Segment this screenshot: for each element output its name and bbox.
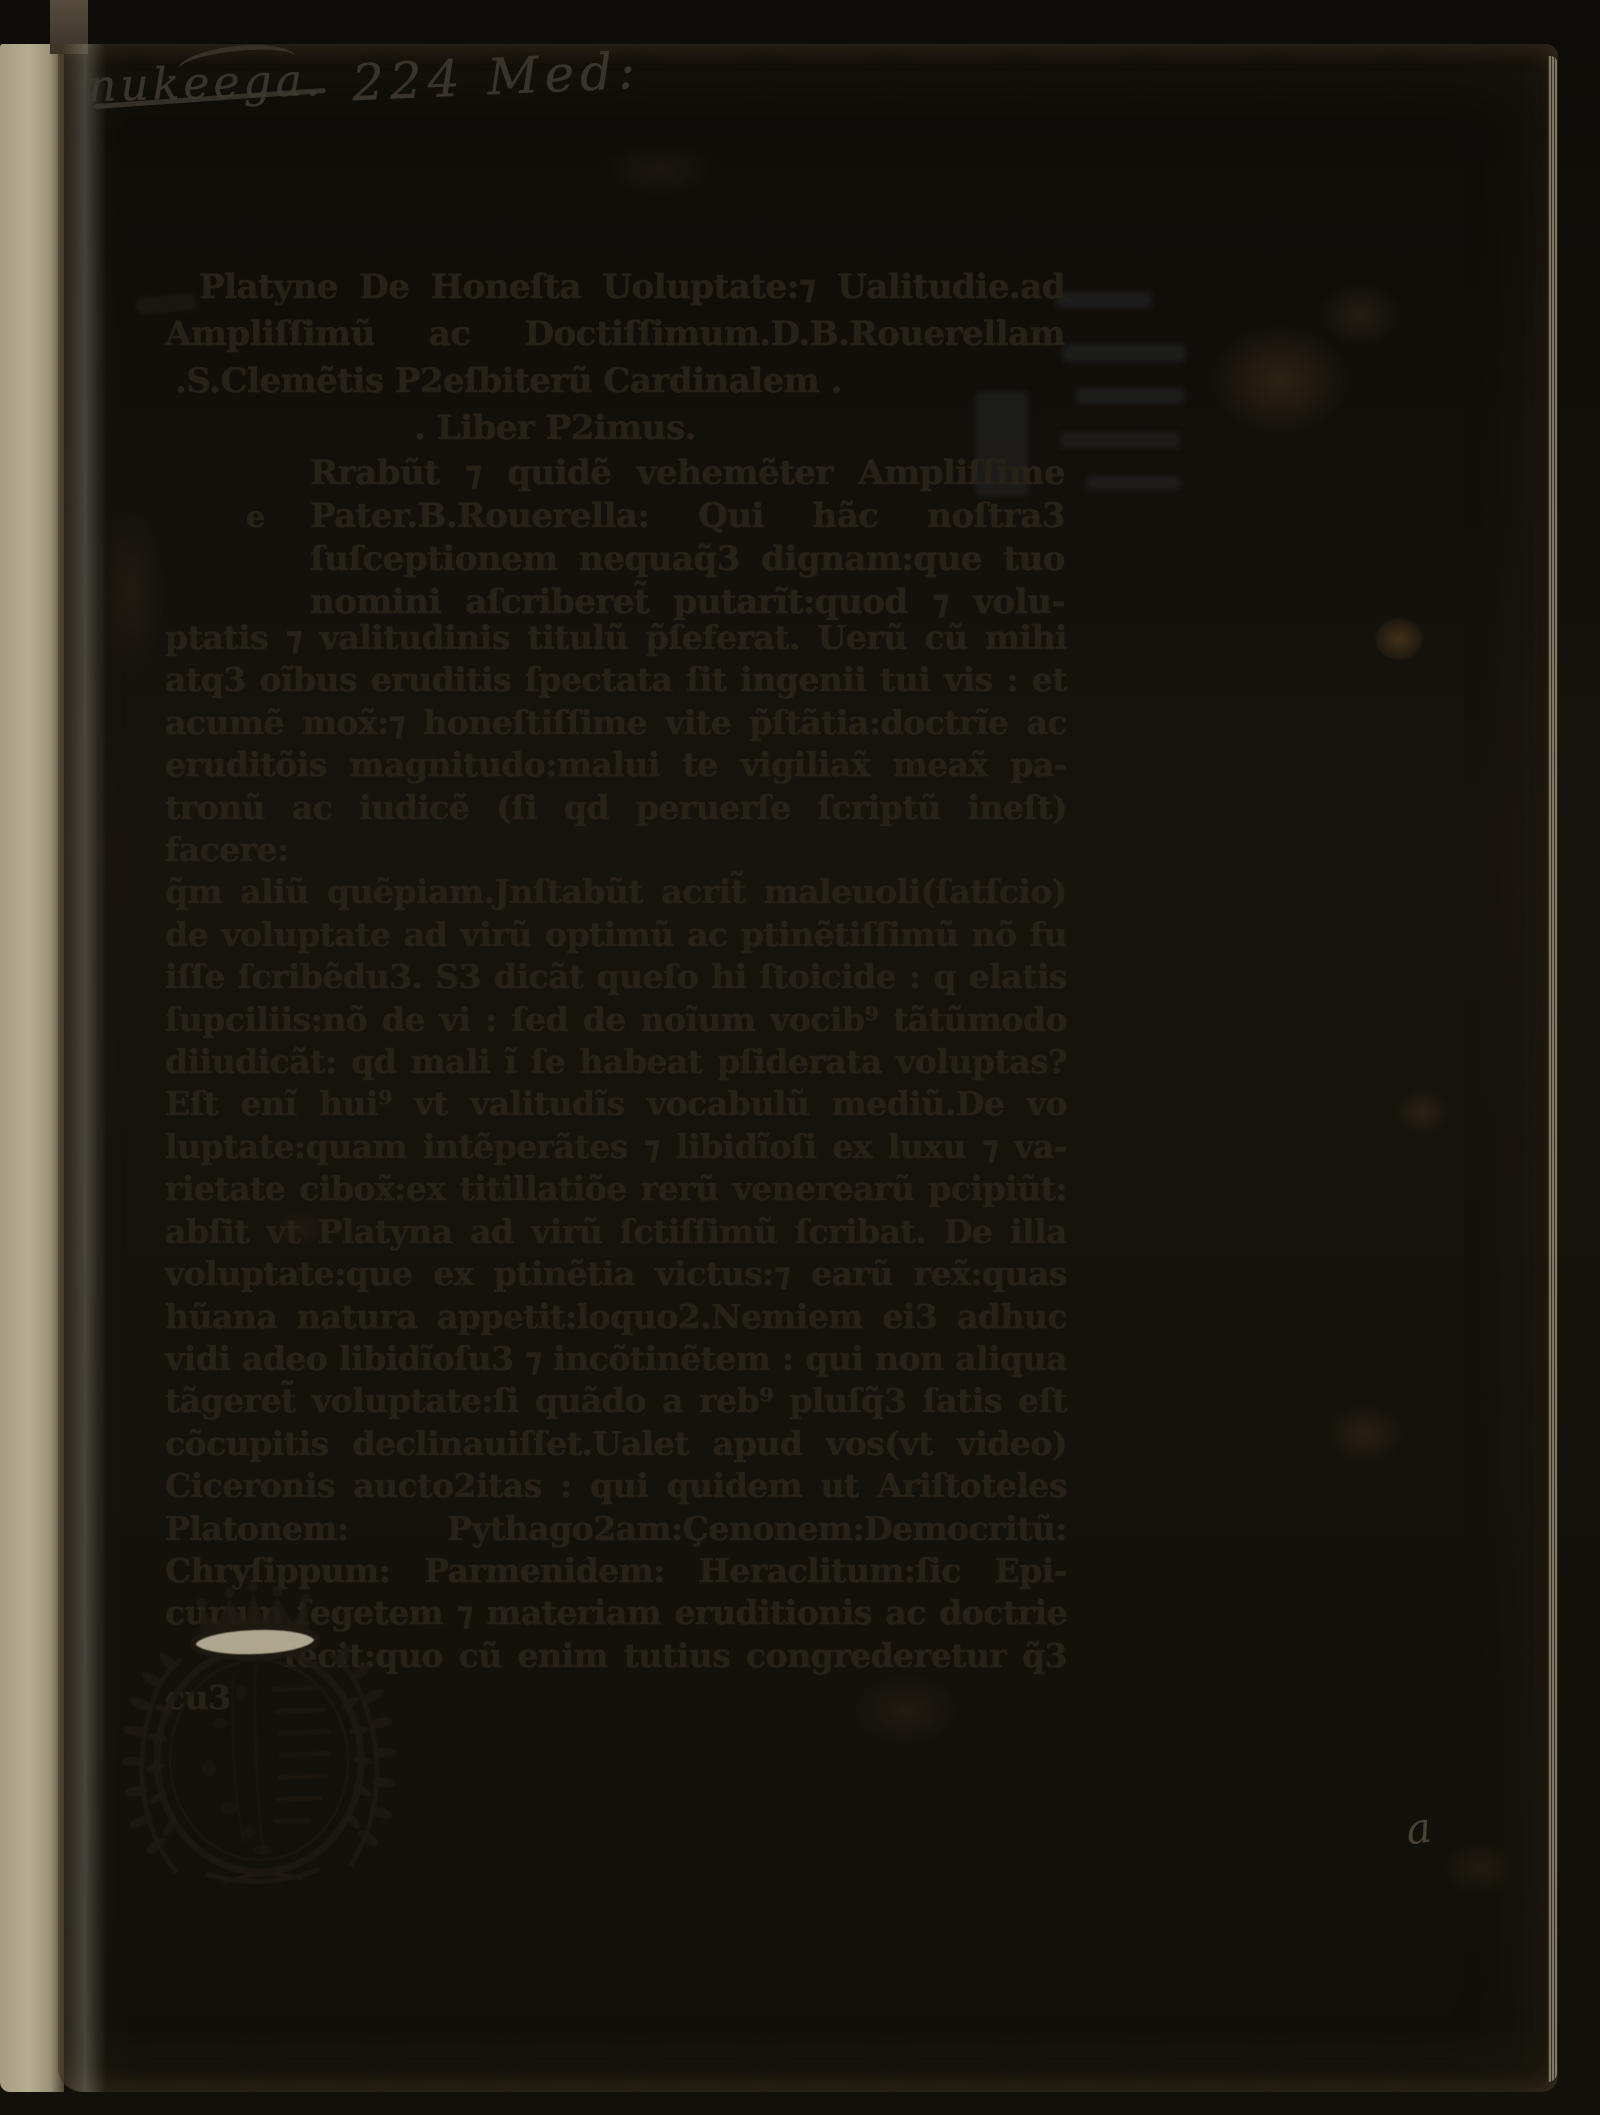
showthrough-ghost <box>1062 344 1186 362</box>
text-line: tronũ ac iudicẽ (ſi qd peruerſe ſcriptũ … <box>165 787 1067 872</box>
title-line: .S.Clemẽtis P2eſbiterũ Cardinalem . <box>165 358 1065 405</box>
text-line: Platonem: Pythago2am:Çenonem:Democritũ: <box>165 1508 1067 1550</box>
text-line: ſupciliis:nõ de vi : ſed de noĩum vocib⁹… <box>165 999 1067 1041</box>
scanned-book-photo: { "document": { "kind": "incunabulum tit… <box>0 0 1600 2115</box>
text-line: ptatis ⁊ valitudinis titulũ p̃ſeferat. U… <box>165 617 1067 659</box>
text-line: abſit vt Platyna ad virũ ſctiſſimũ ſcrib… <box>165 1211 1067 1253</box>
showthrough-ghost <box>1056 292 1152 308</box>
paragraph-indented-lines: Rrabũt ⁊ quidẽ vehemẽter Ampliſſime Pate… <box>310 452 1065 624</box>
showthrough-ghost <box>1060 432 1180 448</box>
library-stamp <box>103 1567 414 1895</box>
showthrough-ghost <box>1086 476 1180 490</box>
text-line: atq3 oĩbus eruditis ſpectata ſit ingenii… <box>165 659 1067 701</box>
title-line: . Liber P2imus. <box>165 405 1065 452</box>
text-line: diiudicãt: qd mali ĩ ſe habeat pſiderata… <box>165 1041 1067 1083</box>
crowned-armorial-stamp-icon <box>103 1567 414 1892</box>
text-line: rietate cibox̃:ex titillatiõe rerũ vener… <box>165 1168 1067 1210</box>
text-line: luptate:quam intẽperãtes ⁊ libidĩoſi ex … <box>165 1126 1067 1168</box>
text-line: eruditõis magnitudo:malui te vigiliax̃ m… <box>165 744 1067 786</box>
title-line: Ampliſſimũ ac Doctiſſimum.D.B.Rouerellam <box>165 311 1065 358</box>
showthrough-ghost <box>1076 388 1184 404</box>
text-line: tãgeret̃ voluptate:ſi quãdo a reb⁹ pluſq… <box>165 1380 1067 1422</box>
title-block: Platyne De Honeſta Uoluptate:⁊ Ualitudie… <box>165 264 1065 452</box>
text-line: hũana natura appetit:loquo2.Nemiem ei3 a… <box>165 1296 1067 1338</box>
text-line: Pater.B.Rouerella: Qui hãc noſtra3 <box>310 495 1065 538</box>
title-line: Platyne De Honeſta Uoluptate:⁊ Ualitudie… <box>165 264 1065 311</box>
text-line: voluptate:que ex ptinẽtia victus:⁊ earũ … <box>165 1253 1067 1295</box>
text-line: cõcupitis declinauiſſet.Ualet apud vos(v… <box>165 1423 1067 1465</box>
text-line: acumẽ mox̃:⁊ honeſtiſſime vite p̃ſtãtia:… <box>165 702 1067 744</box>
text-line: Eſt enĩ hui⁹ vt valitudĩs vocabulũ mediũ… <box>165 1083 1067 1125</box>
text-line: ſuſceptionem nequaq̃3 dignam:que tuo <box>310 538 1065 581</box>
text-line: Rrabũt ⁊ quidẽ vehemẽter Ampliſſime <box>310 452 1065 495</box>
text-line: q̃m aliũ quẽpiam.Jnſtabũt acrit̃ maleuol… <box>165 871 1067 913</box>
text-line: vidi adeo libidĩoſu3 ⁊ incõtinẽtem : qui… <box>165 1338 1067 1380</box>
text-line: de voluptate ad virũ optimũ ac ptinẽtiſſ… <box>165 914 1067 956</box>
text-line: Ciceronis aucto2itas : qui quidem ut Ari… <box>165 1465 1067 1507</box>
paragraph-full-lines: ptatis ⁊ valitudinis titulũ p̃ſeferat. U… <box>165 617 1067 1720</box>
text-line: iſſe ſcribẽdu3. S3 dicãt queſo hi ſtoici… <box>165 956 1067 998</box>
guide-letter: e <box>246 500 265 535</box>
gutter-fold <box>60 44 106 2092</box>
adjacent-leaf-edge <box>0 44 64 2092</box>
page-fore-edge <box>1548 56 1557 2082</box>
